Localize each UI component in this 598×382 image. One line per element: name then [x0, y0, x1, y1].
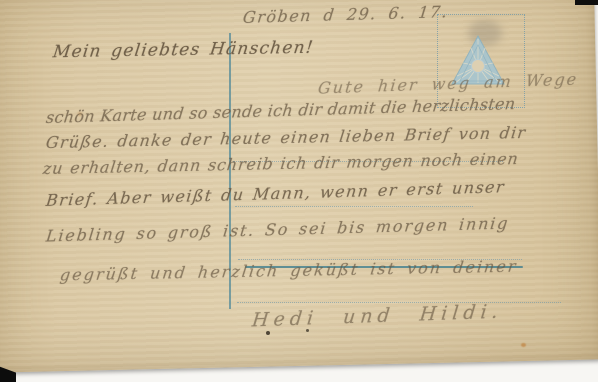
address-dotted-line	[237, 302, 561, 303]
postcard-scan-page: Gröben d 29. 6. 17. Mein geliebtes Hänsc…	[0, 0, 598, 382]
address-dotted-line	[235, 206, 473, 207]
ink-spot	[266, 331, 270, 335]
scanner-edge-top-right	[575, 0, 598, 5]
age-spot	[521, 343, 526, 347]
